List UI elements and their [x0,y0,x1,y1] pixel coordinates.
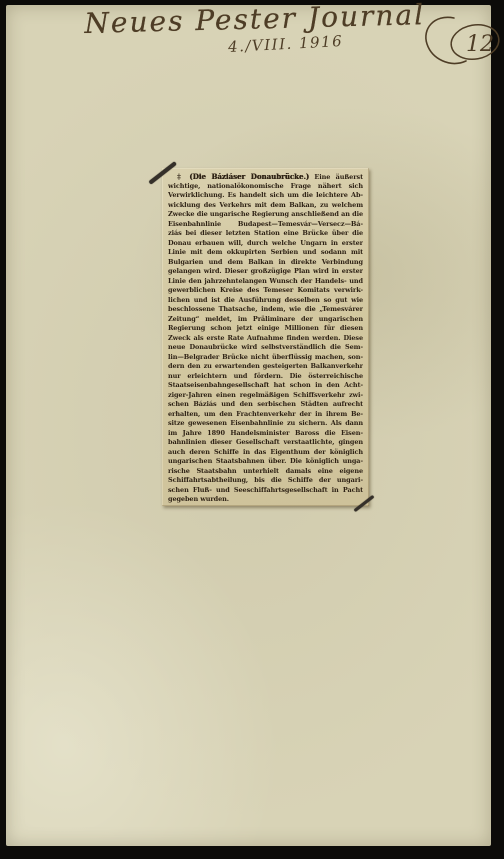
text-line: dern den zu erwartenden gesteigerten Bal… [168,362,363,372]
reference-mark: ‡ [177,172,184,181]
text-line: neue Donaubrücke wird selbstverständlich… [168,343,363,353]
text-line: ungarischen Staatsbahnen über. Die könig… [168,457,363,467]
publication-title: Neues Pester Journal [84,0,426,40]
text-line: gelangen wird. Dieser großzügige Plan wi… [168,267,363,277]
text-line: lin—Belgrader Brücke nicht überflüssig m… [168,353,363,363]
text-line: Zwecke die ungarische Regierung anschlie… [168,210,363,220]
text-line: auch deren Schiffe in das Eigenthum der … [168,448,363,458]
text-line: Linie den jahrzehntelangen Wunsch der Ha… [168,277,363,287]
text-line: lichen und ist die Ausführung desselben … [168,296,363,306]
text-line: gegeben wurden. [168,495,363,505]
text-line: Bulgarien und dem Balkan in direkte Verb… [168,258,363,268]
clipping-first-line: ‡ (Die Báziáser Donaubrücke.) Eine äußer… [168,172,363,182]
text-line: Schiffahrtsabtheilung, bis die Schiffe d… [168,476,363,486]
text-line: beschlossene Thatsache, indem, wie die „… [168,305,363,315]
text-line: ziger-Jahren einen regelmäßigen Schiffsv… [168,391,363,401]
first-line-rest: Eine äußerst [314,173,363,181]
text-line: Eisenbahnlinie Budapest—Temesvár—Versecz… [168,220,363,230]
text-line: Staatseisenbahngesellschaft hat schon in… [168,381,363,391]
clipping-title: (Die Báziáser Donaubrücke.) [189,172,309,181]
text-line: wichtige, nationalökonomische Frage nähe… [168,182,363,192]
text-line: im Jahre 1890 Handelsminister Baross die… [168,429,363,439]
text-line: ziás bei dieser letzten Station eine Brü… [168,229,363,239]
text-line: wicklung des Verkehrs mit dem Balkan, zu… [168,201,363,211]
circled-page-number: 12 [414,11,504,71]
text-line: bahnlinien dieser Gesellschaft verstaatl… [168,438,363,448]
text-line: erhalten, um den Frachtenverkehr der in … [168,410,363,420]
page-number-text: 12 [466,32,494,57]
text-line: Zeitung“ meldet, im Präliminare der unga… [168,315,363,325]
text-line: nur erleichtern und fördern. Die österre… [168,372,363,382]
text-line: Linie mit dem okkupirten Serbien und sod… [168,248,363,258]
clipping-text: ‡ (Die Báziáser Donaubrücke.) Eine äußer… [168,172,363,505]
text-line: gewerblichen Kreise des Temeser Komitats… [168,286,363,296]
text-line: Zweck als erste Rate Aufnahme finden wer… [168,334,363,344]
text-line: Verwirklichung. Es handelt sich um die l… [168,191,363,201]
text-line: rische Staatsbahn unterhielt damals eine… [168,467,363,477]
scan-background: Neues Pester Journal 4./VIII. 1916 12 ‡ … [0,0,504,859]
text-line: sitze gewesenen Eisenbahnlinie zu sicher… [168,419,363,429]
newspaper-clipping: ‡ (Die Báziáser Donaubrücke.) Eine äußer… [162,168,369,506]
text-line: Regierung schon jetzt einige Millionen f… [168,324,363,334]
text-line: schen Fluß- und Seeschiffahrtsgesellscha… [168,486,363,496]
text-line: Donau erbauen will, durch welche Ungarn … [168,239,363,249]
document-page: Neues Pester Journal 4./VIII. 1916 12 ‡ … [6,5,491,846]
text-line: schen Báziás und den serbischen Städten … [168,400,363,410]
